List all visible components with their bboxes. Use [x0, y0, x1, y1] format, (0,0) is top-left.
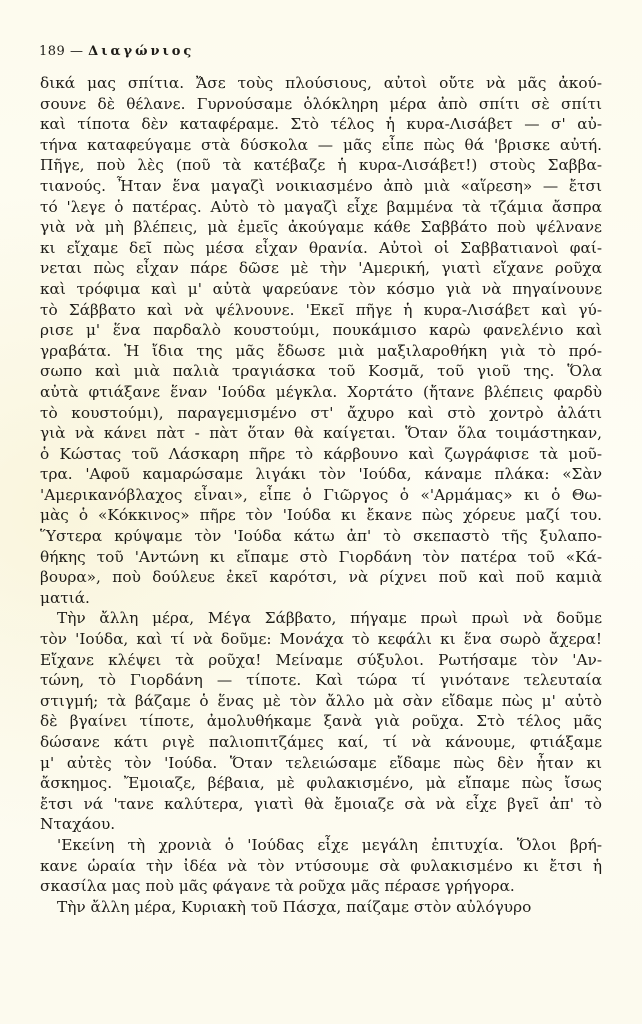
text-line: γιὰ νὰ μὴ βλέπεις, μὰ ἐμεῖς ἀκούγαμε κάθ… — [40, 217, 602, 238]
text-line: γραβάτα. Ἡ ἴδια της μᾶς ἔδωσε μιὰ μαξιλα… — [40, 341, 602, 362]
text-line: κανε ὡραία τὴν ἰδέα νὰ τὸν ντύσουμε σὰ φ… — [40, 856, 602, 877]
text-line: Εἴχανε κλέψει τὰ ροῦχα! Μείναμε σύξυλοι.… — [40, 650, 602, 671]
text-line: τιανούς. Ἦταν ἕνα μαγαζὶ νοικιασμένο ἀπὸ… — [40, 176, 602, 197]
text-line: τήνα καταφεύγαμε στὰ δύσκολα — μᾶς εἶπε … — [40, 135, 602, 156]
text-line: δικά μας σπίτια. Ἄσε τοὺς πλούσιους, αὐτ… — [40, 73, 602, 94]
text-line: καὶ τρόφιμα καὶ μ' αὐτὰ ψαρεύανε τὸν κόσ… — [40, 279, 602, 300]
text-line: ματιά. — [40, 588, 602, 609]
text-line: σωπο καὶ μιὰ παλιὰ τραγιάσκα τοῦ Κοσμᾶ, … — [40, 361, 602, 382]
text-line: τὸ Σάββατο καὶ νὰ ψέλνουνε. 'Εκεῖ πῆγε ἡ… — [40, 300, 602, 321]
text-line: κι εἴχαμε δεῖ πὼς μέσα εἶχαν θρανία. Αὐτ… — [40, 238, 602, 259]
text-line: ρισε μ' ἕνα παρδαλὸ κουστούμι, πουκάμισο… — [40, 320, 602, 341]
page-number: 189 — [39, 44, 65, 59]
text-line: τὸ κουστούμι), παραγεμισμένο στ' ἄχυρο κ… — [40, 403, 602, 424]
text-line: Τὴν ἄλλη μέρα, Μέγα Σάββατο, πήγαμε πρωὶ… — [40, 608, 602, 629]
text-line: Πῆγε, ποὺ λὲς (ποῦ τὰ κατέβαζε ἡ κυρα-Λι… — [40, 155, 602, 176]
text-line: ὁ Κώστας τοῦ Λάσκαρη πῆρε τὸ κάρβουνο κα… — [40, 444, 602, 465]
text-line: καὶ τίποτα δὲν καταφέραμε. Στὸ τέλος ἡ κ… — [40, 114, 602, 135]
text-line: δὲ βγαίνει τίποτε, ἀμολυθήκαμε ξανὰ γιὰ … — [40, 711, 602, 732]
text-line: γιὰ νὰ κάνει πὰτ - πὰτ ὅταν θὰ καίγεται.… — [40, 423, 602, 444]
text-line: μὰς ὁ «Κόκκινος» πῆρε τὸν 'Ιούδα κι ἔκαν… — [40, 505, 602, 526]
text-line: στιγμή; τὰ βάζαμε ὁ ἕνας μὲ τὸν ἄλλο μὰ … — [40, 691, 602, 712]
text-line: βουρα», ποὺ δούλευε ἐκεῖ καρότσι, νὰ ρίχ… — [40, 567, 602, 588]
running-head: 189 — Διαγώνιος — [39, 44, 194, 59]
text-line: τώνη, τὸ Γιορδάνη — τίποτε. Καὶ τώρα τί … — [40, 670, 602, 691]
text-line: νεται πὼς εἶχαν πάρε δῶσε μὲ τὴν 'Αμερικ… — [40, 258, 602, 279]
text-line: σουνε δὲ θέλανε. Γυρνούσαμε ὁλόκληρη μέρ… — [40, 94, 602, 115]
text-line: μ' αὐτὲς τὸν 'Ιούδα. Ὅταν τελειώσαμε εἴδ… — [40, 753, 602, 774]
text-line: 'Εκείνη τὴ χρονιὰ ὁ 'Ιούδας εἶχε μεγάλη … — [40, 835, 602, 856]
text-line: τό 'λεγε ὁ πατέρας. Αὐτὸ τὸ μαγαζὶ εἶχε … — [40, 197, 602, 218]
running-title: Διαγώνιος — [88, 44, 194, 59]
text-line: ἔτσι νά 'τανε καλύτερα, γιατὶ θὰ ἔμοιαζε… — [40, 794, 602, 815]
book-page: 189 — Διαγώνιος δικά μας σπίτια. Ἄσε τοὺ… — [0, 0, 642, 1024]
text-line: αὐτὰ φτιάξανε ἕναν 'Ιούδα μέγκλα. Χορτάτ… — [40, 382, 602, 403]
text-line: Τὴν ἄλλη μέρα, Κυριακὴ τοῦ Πάσχα, παίζαμ… — [40, 897, 602, 918]
text-line: σκασίλα μας ποὺ μᾶς φάγανε τὰ ροῦχα μᾶς … — [40, 876, 602, 897]
body-text: δικά μας σπίτια. Ἄσε τοὺς πλούσιους, αὐτ… — [40, 73, 602, 917]
text-line: Ὕστερα κρύψαμε τὸν 'Ιούδα κάτω ἀπ' τὸ σκ… — [40, 526, 602, 547]
text-line: ἄσκημος. Ἔμοιαζε, βέβαια, μὲ φυλακισμένο… — [40, 773, 602, 794]
text-line: τὸν 'Ιούδα, καὶ τί νὰ δοῦμε: Μονάχα τὸ κ… — [40, 629, 602, 650]
header-separator: — — [70, 44, 84, 59]
text-line: τρα. 'Αφοῦ καμαρώσαμε λιγάκι τὸν 'Ιούδα,… — [40, 464, 602, 485]
text-line: 'Αμερικανόβλαχος εἶναι», εἶπε ὁ Γιῶργος … — [40, 485, 602, 506]
text-line: Νταχάου. — [40, 814, 602, 835]
text-line: θήκης τοῦ 'Αντώνη κι εἴπαμε στὸ Γιορδάνη… — [40, 547, 602, 568]
text-line: δώσανε κάτι ριγὲ παλιοπιτζάμες καί, τί ν… — [40, 732, 602, 753]
